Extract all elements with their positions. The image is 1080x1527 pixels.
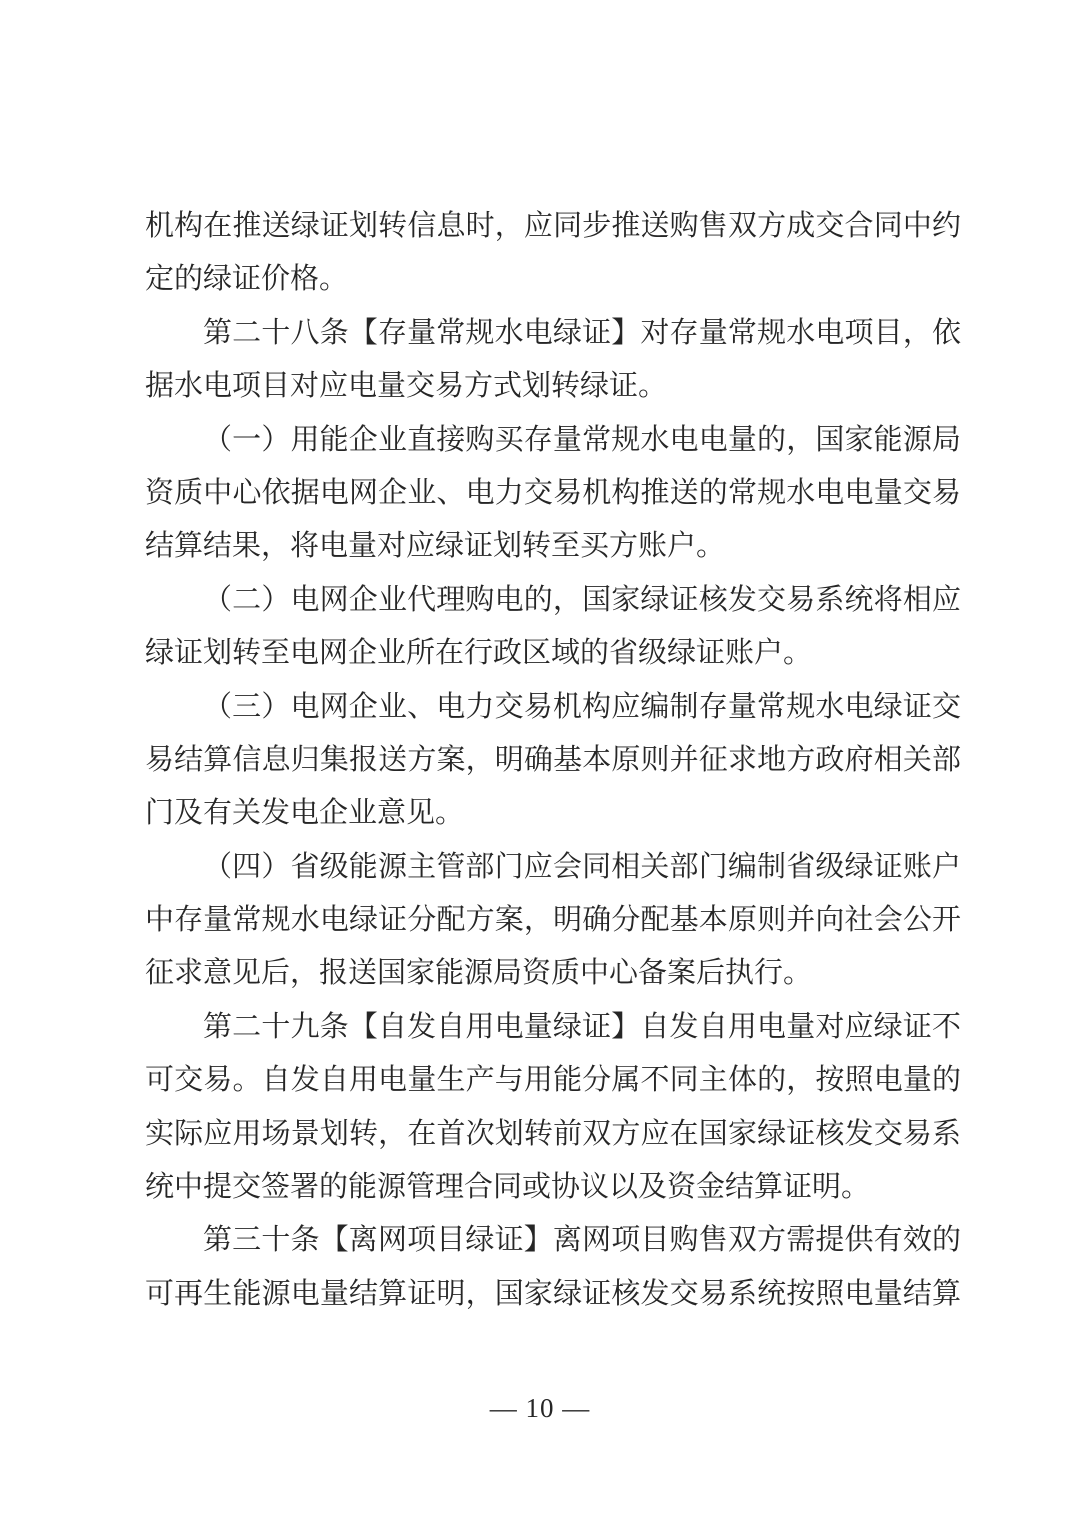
- article-29: 第二十九条【自发自用电量绿证】自发自用电量对应绿证不可交易。自发自用电量生产与用…: [145, 1001, 961, 1215]
- text-line: 中存量常规水电绿证分配方案，明确分配基本原则并向社会公开: [145, 894, 961, 947]
- article-30: 第三十条【离网项目绿证】离网项目购售双方需提供有效的可再生能源电量结算证明，国家…: [145, 1214, 961, 1321]
- text-line: 统中提交签署的能源管理合同或协议以及资金结算证明。: [145, 1161, 961, 1214]
- text-line: 易结算信息归集报送方案，明确基本原则并征求地方政府相关部: [145, 734, 961, 787]
- text-line: 第三十条【离网项目绿证】离网项目购售双方需提供有效的: [145, 1214, 961, 1267]
- text-line: 定的绿证价格。: [145, 253, 961, 306]
- text-line: 第二十八条【存量常规水电绿证】对存量常规水电项目，依: [145, 307, 961, 360]
- page-footer: — 10 —: [0, 1390, 1080, 1426]
- text-line: 第二十九条【自发自用电量绿证】自发自用电量对应绿证不: [145, 1001, 961, 1054]
- text-line: 实际应用场景划转，在首次划转前双方应在国家绿证核发交易系: [145, 1108, 961, 1161]
- text-line: 机构在推送绿证划转信息时，应同步推送购售双方成交合同中约: [145, 200, 961, 253]
- text-line: （四）省级能源主管部门应会同相关部门编制省级绿证账户: [145, 841, 961, 894]
- text-line: 征求意见后，报送国家能源局资质中心备案后执行。: [145, 947, 961, 1000]
- para-carryover: 机构在推送绿证划转信息时，应同步推送购售双方成交合同中约定的绿证价格。: [145, 200, 961, 307]
- text-line: （二）电网企业代理购电的，国家绿证核发交易系统将相应: [145, 574, 961, 627]
- article-28-item-2: （二）电网企业代理购电的，国家绿证核发交易系统将相应绿证划转至电网企业所在行政区…: [145, 574, 961, 681]
- text-line: （三）电网企业、电力交易机构应编制存量常规水电绿证交: [145, 681, 961, 734]
- text-line: 可再生能源电量结算证明，国家绿证核发交易系统按照电量结算: [145, 1268, 961, 1321]
- article-28-item-1: （一）用能企业直接购买存量常规水电电量的，国家能源局资质中心依据电网企业、电力交…: [145, 414, 961, 574]
- article-28-item-3: （三）电网企业、电力交易机构应编制存量常规水电绿证交易结算信息归集报送方案，明确…: [145, 681, 961, 841]
- text-line: （一）用能企业直接购买存量常规水电电量的，国家能源局: [145, 414, 961, 467]
- document-body: 机构在推送绿证划转信息时，应同步推送购售双方成交合同中约定的绿证价格。第二十八条…: [145, 200, 961, 1321]
- text-line: 资质中心依据电网企业、电力交易机构推送的常规水电电量交易: [145, 467, 961, 520]
- article-28-item-4: （四）省级能源主管部门应会同相关部门编制省级绿证账户中存量常规水电绿证分配方案，…: [145, 841, 961, 1001]
- text-line: 门及有关发电企业意见。: [145, 787, 961, 840]
- text-line: 据水电项目对应电量交易方式划转绿证。: [145, 360, 961, 413]
- document-page: 机构在推送绿证划转信息时，应同步推送购售双方成交合同中约定的绿证价格。第二十八条…: [0, 0, 1080, 1527]
- page-number: — 10 —: [490, 1393, 591, 1423]
- text-line: 结算结果，将电量对应绿证划转至买方账户。: [145, 520, 961, 573]
- article-28: 第二十八条【存量常规水电绿证】对存量常规水电项目，依据水电项目对应电量交易方式划…: [145, 307, 961, 414]
- text-line: 可交易。自发自用电量生产与用能分属不同主体的，按照电量的: [145, 1054, 961, 1107]
- text-line: 绿证划转至电网企业所在行政区域的省级绿证账户。: [145, 627, 961, 680]
